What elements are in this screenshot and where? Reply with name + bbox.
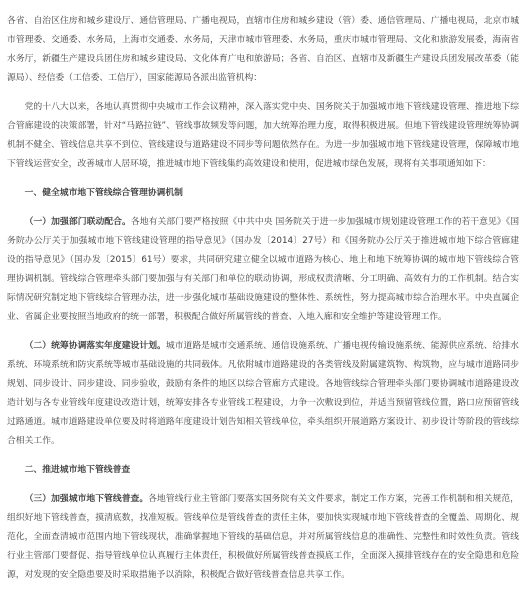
section-2-heading: 二、推进城市地下管线普查	[7, 461, 519, 480]
section-2-item-1-paragraph: （三）加强城市地下管线普查。各地管线行业主管部门要落实国务院有关文件要求，制定工…	[7, 490, 519, 585]
section-1-item-2-paragraph: （二）统筹协调落实年度建设计划。城市道路是城市交通系统、通信设施系统、广播电视传…	[7, 337, 519, 451]
section-1-item-1-paragraph: （一）加强部门联动配合。各地有关部门要严格按照《中共中央 国务院关于进一步加强城…	[7, 213, 519, 327]
document-body: 各省、自治区住房和城乡建设厅、通信管理局、广播电视局，直辖市住房和城乡建设（管）…	[0, 0, 526, 609]
salutation-paragraph: 各省、自治区住房和城乡建设厅、通信管理局、广播电视局，直辖市住房和城乡建设（管）…	[7, 12, 519, 88]
section-1-heading: 一、健全城市地下管线综合管理协调机制	[7, 184, 519, 203]
intro-paragraph: 党的十八大以来，各地认真贯彻中央城市工作会议精神，深入落实党中央、国务院关于加强…	[7, 98, 519, 174]
section-1-item-1-lead: （一）加强部门联动配合。	[25, 217, 131, 227]
section-2-item-1-lead: （三）加强城市地下管线普查。	[25, 494, 149, 504]
section-1-item-2-lead: （二）统筹协调落实年度建设计划。	[25, 341, 166, 351]
section-1-item-2-body: 城市道路是城市交通系统、通信设施系统、广播电视传输设施系统、能源供应系统、给排水…	[7, 341, 519, 446]
section-1-item-1-body: 各地有关部门要严格按照《中共中央 国务院关于进一步加强城市规划建设管理工作的若干…	[7, 217, 519, 322]
section-2-item-1-body: 各地管线行业主管部门要落实国务院有关文件要求，制定工作方案，完善工作机制和相关规…	[7, 494, 519, 580]
